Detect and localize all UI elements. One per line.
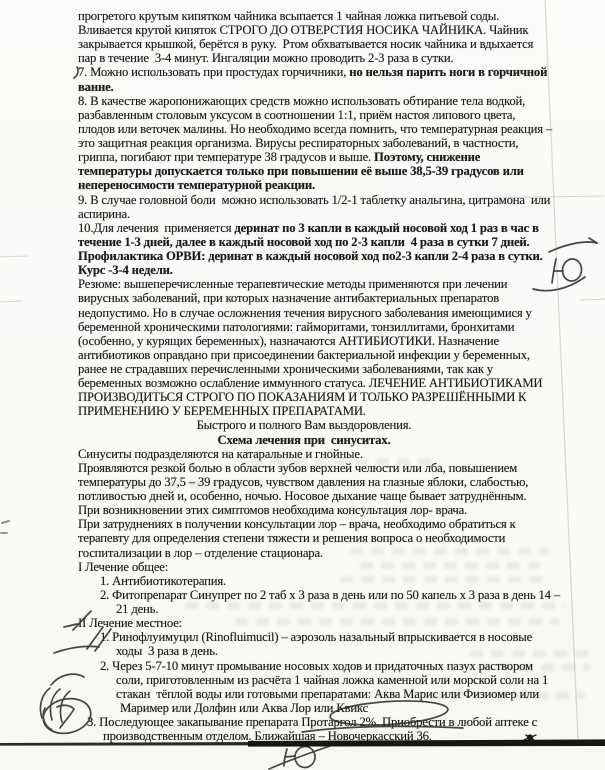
text-line: ходы 3 раза в день. xyxy=(116,644,218,658)
text-segment: аспирина. xyxy=(78,207,130,221)
text-segment: недопустимо. Но в случае осложнения тече… xyxy=(78,306,532,320)
text-segment: госпитализации в лор – отделение стацион… xyxy=(78,546,323,560)
text-line: Схема лечения при синуситах. xyxy=(40,433,568,447)
text-line: ПРОИЗВОДИТЬСЯ СТРОГО ПО ПОКАЗАНИЯМ И ТОЛ… xyxy=(78,390,526,404)
text-line: ванне. xyxy=(78,80,114,94)
text-segment: 9. В случае головной боли можно использо… xyxy=(78,193,550,207)
text-segment: беременных возможно ослабление иммунного… xyxy=(78,376,542,390)
text-segment: Проявляются резкой болью в области зубов… xyxy=(78,461,517,475)
document-lines: прогретого крутым кипятком чайника всыпа… xyxy=(0,0,605,770)
text-line: течение 1-3 дней, далее в каждый носовой… xyxy=(78,235,530,249)
text-segment: терапевту для определения степени тяжест… xyxy=(78,531,505,545)
text-segment: 3. Последующее закапывание препарата Про… xyxy=(87,715,537,729)
scanned-document-page: прогретого крутым кипятком чайника всыпа… xyxy=(0,0,605,770)
text-line: стакан тёплой воды или готовыми препарат… xyxy=(116,687,539,701)
text-line: 8. В качестве жаропонижающих средств мож… xyxy=(78,94,525,108)
text-segment: антибиотиков оправдано при присоединении… xyxy=(78,348,530,362)
text-segment: непереносимости температурной реакции. xyxy=(78,178,315,192)
text-line: вирусных заболеваний, при которых назнач… xyxy=(78,291,499,305)
text-segment: Вливается крутой кипяток СТРОГО ДО ОТВЕР… xyxy=(78,23,528,37)
text-line: 1. Ринофлуимуцил (Rinofluimucil) – аэроз… xyxy=(100,630,532,644)
text-line: температуры допускается только при повыш… xyxy=(78,164,524,178)
text-segment: течение 1-3 дней, далее в каждый носовой… xyxy=(78,235,530,249)
text-segment: Синуситы подразделяются на катаральные и… xyxy=(78,447,363,461)
text-line: антибиотиков оправдано при присоединении… xyxy=(78,348,530,362)
text-segment: потливостью дней и, особенно, ночью. Нос… xyxy=(78,489,527,503)
text-line: беременных возможно ослабление иммунного… xyxy=(78,376,542,390)
text-segment: II Лечение местное: xyxy=(78,616,182,630)
text-line: 9. В случае головной боли можно использо… xyxy=(78,193,550,207)
text-line: это защитная реакция организма. Вирусы р… xyxy=(78,136,518,150)
text-line: аспирина. xyxy=(78,207,130,221)
text-segment: деринат по 3 капли в каждый носовой ход … xyxy=(234,221,538,235)
text-line: разбавленным столовым уксусом в соотноше… xyxy=(78,108,515,122)
text-line: Синуситы подразделяются на катаральные и… xyxy=(78,447,363,461)
text-line: недопустимо. Но в случае осложнения тече… xyxy=(78,306,532,320)
text-segment: Профилактика ОРВИ: деринат в каждый носо… xyxy=(78,249,543,263)
text-line: госпитализации в лор – отделение стацион… xyxy=(78,546,323,560)
text-line: пар в течение 3-4 минут. Ингаляции можно… xyxy=(78,51,453,65)
text-line: 3. Последующее закапывание препарата Про… xyxy=(87,715,537,729)
text-segment: плодов или веточек малины. Но необходимо… xyxy=(78,122,552,136)
text-line: непереносимости температурной реакции. xyxy=(78,178,315,192)
text-line: потливостью дней и, особенно, ночью. Нос… xyxy=(78,489,527,503)
text-segment: ходы 3 раза в день. xyxy=(116,644,218,658)
text-segment: 1. Ринофлуимуцил (Rinofluimucil) – аэроз… xyxy=(100,630,532,644)
text-segment: производственным отделом. Ближайшая – Но… xyxy=(103,729,432,743)
text-segment: Маример или Долфин или Аква Лор или Квик… xyxy=(120,701,368,715)
text-segment: Схема лечения при синуситах. xyxy=(218,433,391,447)
text-segment: закрывается крышкой, берётся в руку. Рто… xyxy=(78,37,533,51)
text-line: Курс -3-4 недели. xyxy=(78,263,173,277)
text-segment: ванне. xyxy=(78,80,114,94)
text-line: При возникновении этих симптомов необход… xyxy=(78,503,467,517)
text-segment: температуры до 37,5 – 39 градусов, чувст… xyxy=(78,475,528,489)
text-line: производственным отделом. Ближайшая – Но… xyxy=(103,729,432,743)
text-segment: Быстрого и полного Вам выздоровления. xyxy=(197,418,412,432)
text-segment: соли, приготовленным из расчёта 1 чайная… xyxy=(116,673,548,687)
text-segment: 21 день. xyxy=(116,602,158,616)
text-line: I Лечение общее: xyxy=(78,560,168,574)
text-segment: но нельзя парить ноги в горчичной xyxy=(349,65,547,79)
text-line: соли, приготовленным из расчёта 1 чайная… xyxy=(116,673,548,687)
text-segment: При затруднениях в получении консультаци… xyxy=(78,517,516,531)
text-line: II Лечение местное: xyxy=(78,616,182,630)
text-line: 10.Для лечения применяется деринат по 3 … xyxy=(78,221,539,235)
text-segment: ПРОИЗВОДИТЬСЯ СТРОГО ПО ПОКАЗАНИЯМ И ТОЛ… xyxy=(78,390,526,404)
text-segment: Резюме: вышеперечисленные терапевтически… xyxy=(78,277,507,291)
text-line: Резюме: вышеперечисленные терапевтически… xyxy=(78,277,507,291)
text-segment: При возникновении этих симптомов необход… xyxy=(78,503,467,517)
text-segment: температуры допускается только при повыш… xyxy=(78,164,524,178)
text-line: Быстрого и полного Вам выздоровления. xyxy=(40,418,568,432)
text-segment: Курс -3-4 недели. xyxy=(78,263,173,277)
text-line: Вливается крутой кипяток СТРОГО ДО ОТВЕР… xyxy=(78,23,528,37)
text-segment: пар в течение 3-4 минут. Ингаляции можно… xyxy=(78,51,453,65)
text-line: Маример или Долфин или Аква Лор или Квик… xyxy=(120,701,368,715)
text-segment: это защитная реакция организма. Вирусы р… xyxy=(78,136,518,150)
text-segment: вирусных заболеваний, при которых назнач… xyxy=(78,291,499,305)
text-segment: ранее не страдавших перечисленными хрони… xyxy=(78,362,493,376)
text-segment: 8. В качестве жаропонижающих средств мож… xyxy=(78,94,525,108)
text-segment: 2. Через 5-7-10 минут промывание носовых… xyxy=(100,659,533,673)
text-line: (особенно, у курящих беременных), назнач… xyxy=(78,334,499,348)
text-line: 2. Фитопрепарат Синупрет по 2 таб х 3 ра… xyxy=(100,588,560,602)
text-line: Профилактика ОРВИ: деринат в каждый носо… xyxy=(78,249,543,263)
text-line: При затруднениях в получении консультаци… xyxy=(78,517,516,531)
text-segment: гриппа, погибают при температуре 38 град… xyxy=(78,150,374,164)
text-line: 21 день. xyxy=(116,602,158,616)
text-segment: беременной хроническими патологиями: гай… xyxy=(78,320,514,334)
text-line: 2. Через 5-7-10 минут промывание носовых… xyxy=(100,659,533,673)
text-segment: 10.Для лечения применяется xyxy=(78,221,234,235)
text-segment: 2. Фитопрепарат Синупрет по 2 таб х 3 ра… xyxy=(100,588,560,602)
text-line: температуры до 37,5 – 39 градусов, чувст… xyxy=(78,475,528,489)
text-line: плодов или веточек малины. Но необходимо… xyxy=(78,122,552,136)
text-line: гриппа, погибают при температуре 38 град… xyxy=(78,150,480,164)
text-segment: стакан тёплой воды или готовыми препарат… xyxy=(116,687,539,701)
text-segment: 1. Антибиотикотерапия. xyxy=(100,574,226,588)
text-line: закрывается крышкой, берётся в руку. Рто… xyxy=(78,37,533,51)
text-line: терапевту для определения степени тяжест… xyxy=(78,531,505,545)
text-segment: Поэтому, снижение xyxy=(374,150,480,164)
text-line: ПРИМЕНЕНИЮ У БЕРЕМЕННЫХ ПРЕПАРАТАМИ. xyxy=(78,404,366,418)
text-line: 1. Антибиотикотерапия. xyxy=(100,574,226,588)
text-segment: 7. Можно использовать при простудах горч… xyxy=(78,65,349,79)
text-line: беременной хроническими патологиями: гай… xyxy=(78,320,514,334)
text-segment: прогретого крутым кипятком чайника всыпа… xyxy=(78,9,499,23)
text-line: Проявляются резкой болью в области зубов… xyxy=(78,461,517,475)
text-line: прогретого крутым кипятком чайника всыпа… xyxy=(78,9,499,23)
text-line: 7. Можно использовать при простудах горч… xyxy=(78,65,547,79)
text-line: ранее не страдавших перечисленными хрони… xyxy=(78,362,493,376)
text-segment: I Лечение общее: xyxy=(78,560,168,574)
text-segment: разбавленным столовым уксусом в соотноше… xyxy=(78,108,515,122)
text-segment: ПРИМЕНЕНИЮ У БЕРЕМЕННЫХ ПРЕПАРАТАМИ. xyxy=(78,404,366,418)
text-segment: (особенно, у курящих беременных), назнач… xyxy=(78,334,499,348)
